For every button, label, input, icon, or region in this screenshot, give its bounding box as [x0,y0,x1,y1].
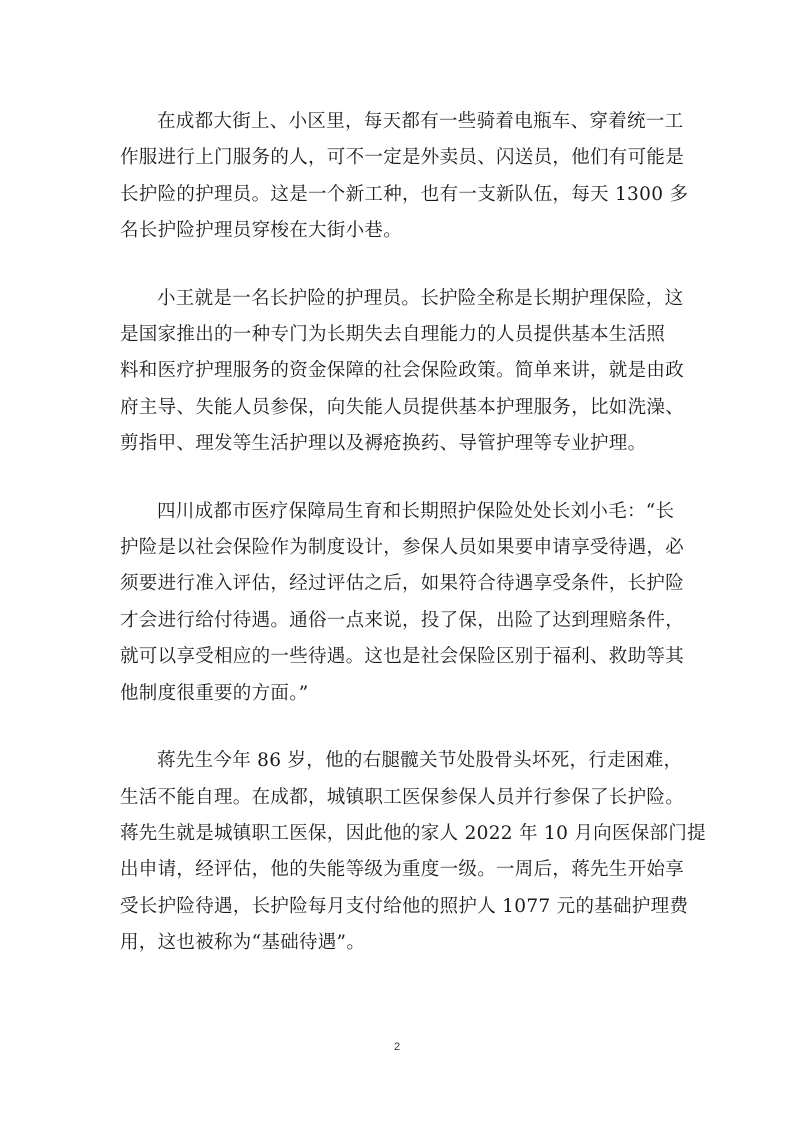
text-line: 护险是以社会保险作为制度设计，参保人员如果要申请享受待遇，必 [120,530,675,566]
paragraph-4: 蒋先生今年 86 岁，他的右腿髋关节处股骨头坏死，行走困难， 生活不能自理。在成… [120,743,675,961]
document-body: 在成都大街上、小区里，每天都有一些骑着电瓶车、穿着统一工 作服进行上门服务的人，… [120,104,675,993]
text-line: 蒋先生就是城镇职工医保，因此他的家人 2022 年 10 月向医保部门提 [120,816,675,852]
paragraph-2: 小王就是一名长护险的护理员。长护险全称是长期护理保险，这 是国家推出的一种专门为… [120,281,675,463]
text-line: 他制度很重要的方面。” [120,676,675,712]
page-number: 2 [0,1041,794,1053]
text-line: 作服进行上门服务的人，可不一定是外卖员、闪送员，他们有可能是 [120,140,675,176]
text-line: 受长护险待遇，长护险每月支付给他的照护人 1077 元的基础护理费 [120,889,675,925]
text-line: 就可以享受相应的一些待遇。这也是社会保险区别于福利、救助等其 [120,639,675,675]
text-line: 四川成都市医疗保障局生育和长期照护保险处处长刘小毛：“长 [120,494,675,530]
text-line: 剪指甲、理发等生活护理以及褥疮换药、导管护理等专业护理。 [120,426,675,462]
text-line: 是国家推出的一种专门为长期失去自理能力的人员提供基本生活照 [120,317,675,353]
text-line: 在成都大街上、小区里，每天都有一些骑着电瓶车、穿着统一工 [120,104,675,140]
text-line: 用，这也被称为“基础待遇”。 [120,925,675,961]
text-line: 才会进行给付待遇。通俗一点来说，投了保，出险了达到理赔条件， [120,603,675,639]
paragraph-3: 四川成都市医疗保障局生育和长期照护保险处处长刘小毛：“长 护险是以社会保险作为制… [120,494,675,712]
text-line: 名长护险护理员穿梭在大街小巷。 [120,213,675,249]
text-line: 蒋先生今年 86 岁，他的右腿髋关节处股骨头坏死，行走困难， [120,743,675,779]
text-line: 料和医疗护理服务的资金保障的社会保险政策。简单来讲，就是由政 [120,353,675,389]
paragraph-1: 在成都大街上、小区里，每天都有一些骑着电瓶车、穿着统一工 作服进行上门服务的人，… [120,104,675,250]
text-line: 须要进行准入评估，经过评估之后，如果符合待遇享受条件，长护险 [120,566,675,602]
text-line: 府主导、失能人员参保，向失能人员提供基本护理服务，比如洗澡、 [120,390,675,426]
text-line: 长护险的护理员。这是一个新工种，也有一支新队伍，每天 1300 多 [120,177,675,213]
text-line: 出申请，经评估，他的失能等级为重度一级。一周后，蒋先生开始享 [120,852,675,888]
text-line: 生活不能自理。在成都，城镇职工医保参保人员并行参保了长护险。 [120,780,675,816]
document-page: 在成都大街上、小区里，每天都有一些骑着电瓶车、穿着统一工 作服进行上门服务的人，… [0,0,794,1123]
text-line: 小王就是一名长护险的护理员。长护险全称是长期护理保险，这 [120,281,675,317]
